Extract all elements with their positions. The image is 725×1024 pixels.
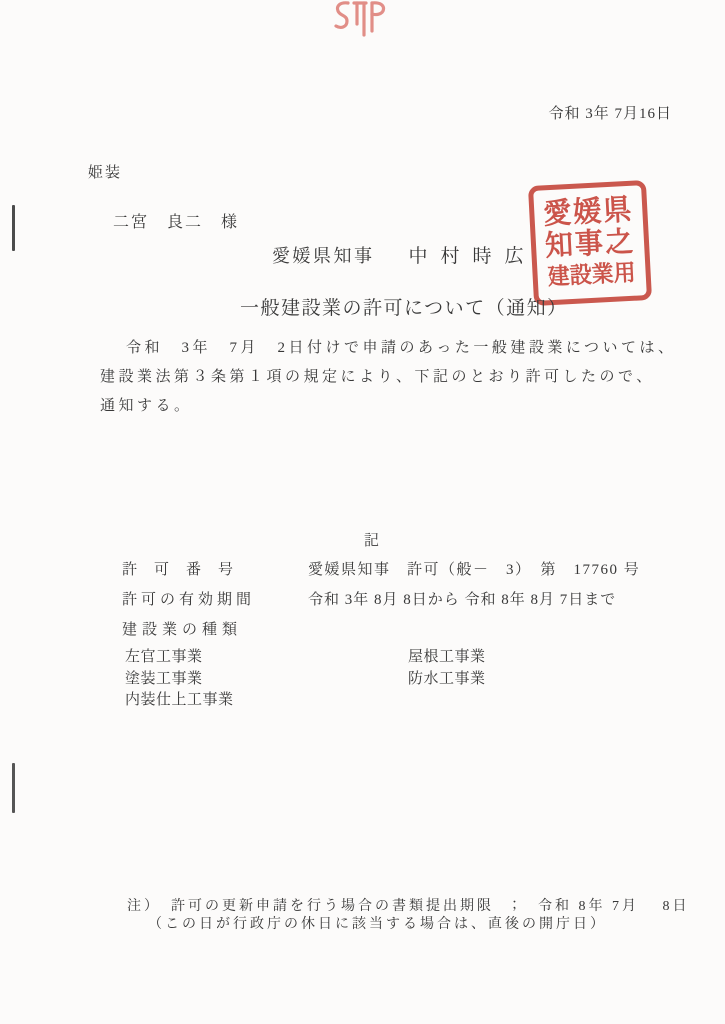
issue-date: 令和 3年 7月16日 bbox=[440, 102, 672, 123]
license-type-item: 内装仕上工事業 bbox=[125, 690, 234, 712]
official-seal-stamp: 愛媛県 知事之 建設業用 bbox=[528, 180, 652, 306]
body-line: 建設業法第３条第１項の規定により、下記のとおり許可したので、 bbox=[100, 363, 665, 392]
license-type-item: 左官工事業 bbox=[125, 647, 234, 669]
issuer-title: 愛媛県知事 bbox=[272, 242, 375, 268]
license-type-item: 屋根工事業 bbox=[408, 647, 486, 669]
issuer-name: 中村時広 bbox=[409, 241, 537, 268]
license-type-item: 塗装工事業 bbox=[125, 669, 234, 691]
note-line: 注） 許可の更新申請を行う場合の書類提出期限 ； 令和 8年 7月 8日 bbox=[127, 895, 690, 915]
seal-text-row: 建設業用 bbox=[547, 258, 636, 292]
scanned-permit-notice-page: 令和 3年 7月16日 姫装 二宮 良二 様 愛媛県知事 中村時広 愛媛県 知事… bbox=[0, 0, 725, 1024]
valid-period-value: 令和 3年 8月 8日から 令和 8年 8月 7日まで bbox=[308, 588, 616, 609]
record-marker: 記 bbox=[364, 529, 381, 550]
license-types-left-column: 左官工事業 塗装工事業 内装仕上工事業 bbox=[125, 647, 234, 712]
note-line: （この日が行政庁の休日に該当する場合は、直後の開庁日） bbox=[148, 913, 607, 933]
license-types-label: 建設業の種類 bbox=[122, 618, 242, 639]
valid-period-label: 許可の有効期間 bbox=[122, 588, 255, 609]
section-code: 姫装 bbox=[88, 161, 122, 182]
issuer-line: 愛媛県知事 中村時広 bbox=[272, 241, 537, 268]
binding-mark bbox=[12, 763, 15, 813]
permit-number-value: 愛媛県知事 許可（般－ 3） 第 17760 号 bbox=[308, 558, 640, 579]
license-types-right-column: 屋根工事業 防水工事業 bbox=[408, 647, 486, 690]
partial-red-stamp-icon bbox=[326, 0, 392, 42]
permit-number-label: 許可番号 bbox=[122, 558, 250, 579]
body-paragraph: 令和 3年 7月 2日付けで申請のあった一般建設業については、 建設業法第３条第… bbox=[100, 334, 665, 421]
body-line: 令和 3年 7月 2日付けで申請のあった一般建設業については、 bbox=[100, 334, 665, 363]
document-title: 一般建設業の許可について（通知） bbox=[240, 293, 568, 320]
binding-mark bbox=[12, 205, 15, 251]
body-line: 通知する。 bbox=[100, 392, 665, 421]
recipient-name: 二宮 良二 様 bbox=[113, 209, 239, 232]
license-type-item: 防水工事業 bbox=[408, 669, 486, 691]
